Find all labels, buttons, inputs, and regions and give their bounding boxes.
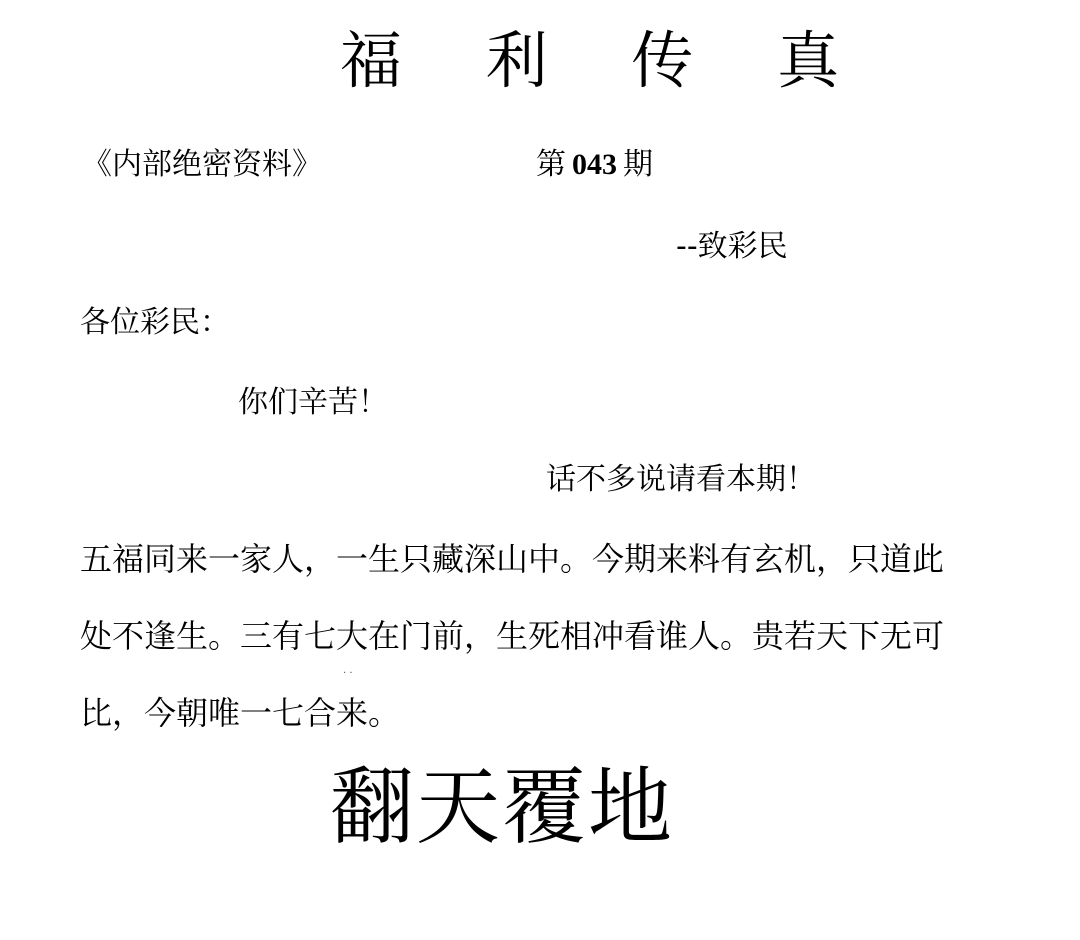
addressee-line: --致彩民 [676,232,788,262]
poem-line: 比，今朝唯一七合来。 [80,697,1030,729]
artifact-dots: · · [343,668,353,679]
hard-work-line: 你们辛苦！ [238,388,388,418]
issue-number: 第043期 [536,150,653,180]
see-issue-line: 话不多说请看本期！ [546,465,816,495]
poem-line: 五福同来一家人，一生只藏深山中。今期来料有玄机，只道此 [80,543,1030,575]
greeting: 各位彩民： [80,308,230,338]
issue-suffix: 期 [623,147,653,182]
headline: 翻天覆地 [330,765,674,849]
document-title: 福 利 传 真 [340,30,871,92]
poem-line: 处不逢生。三有七大在门前，生死相冲看谁人。贵若天下无可 [80,620,1030,652]
document-subtitle: 《内部绝密资料》 [82,150,322,180]
issue-prefix: 第 [536,147,566,182]
issue-value: 043 [572,148,617,181]
